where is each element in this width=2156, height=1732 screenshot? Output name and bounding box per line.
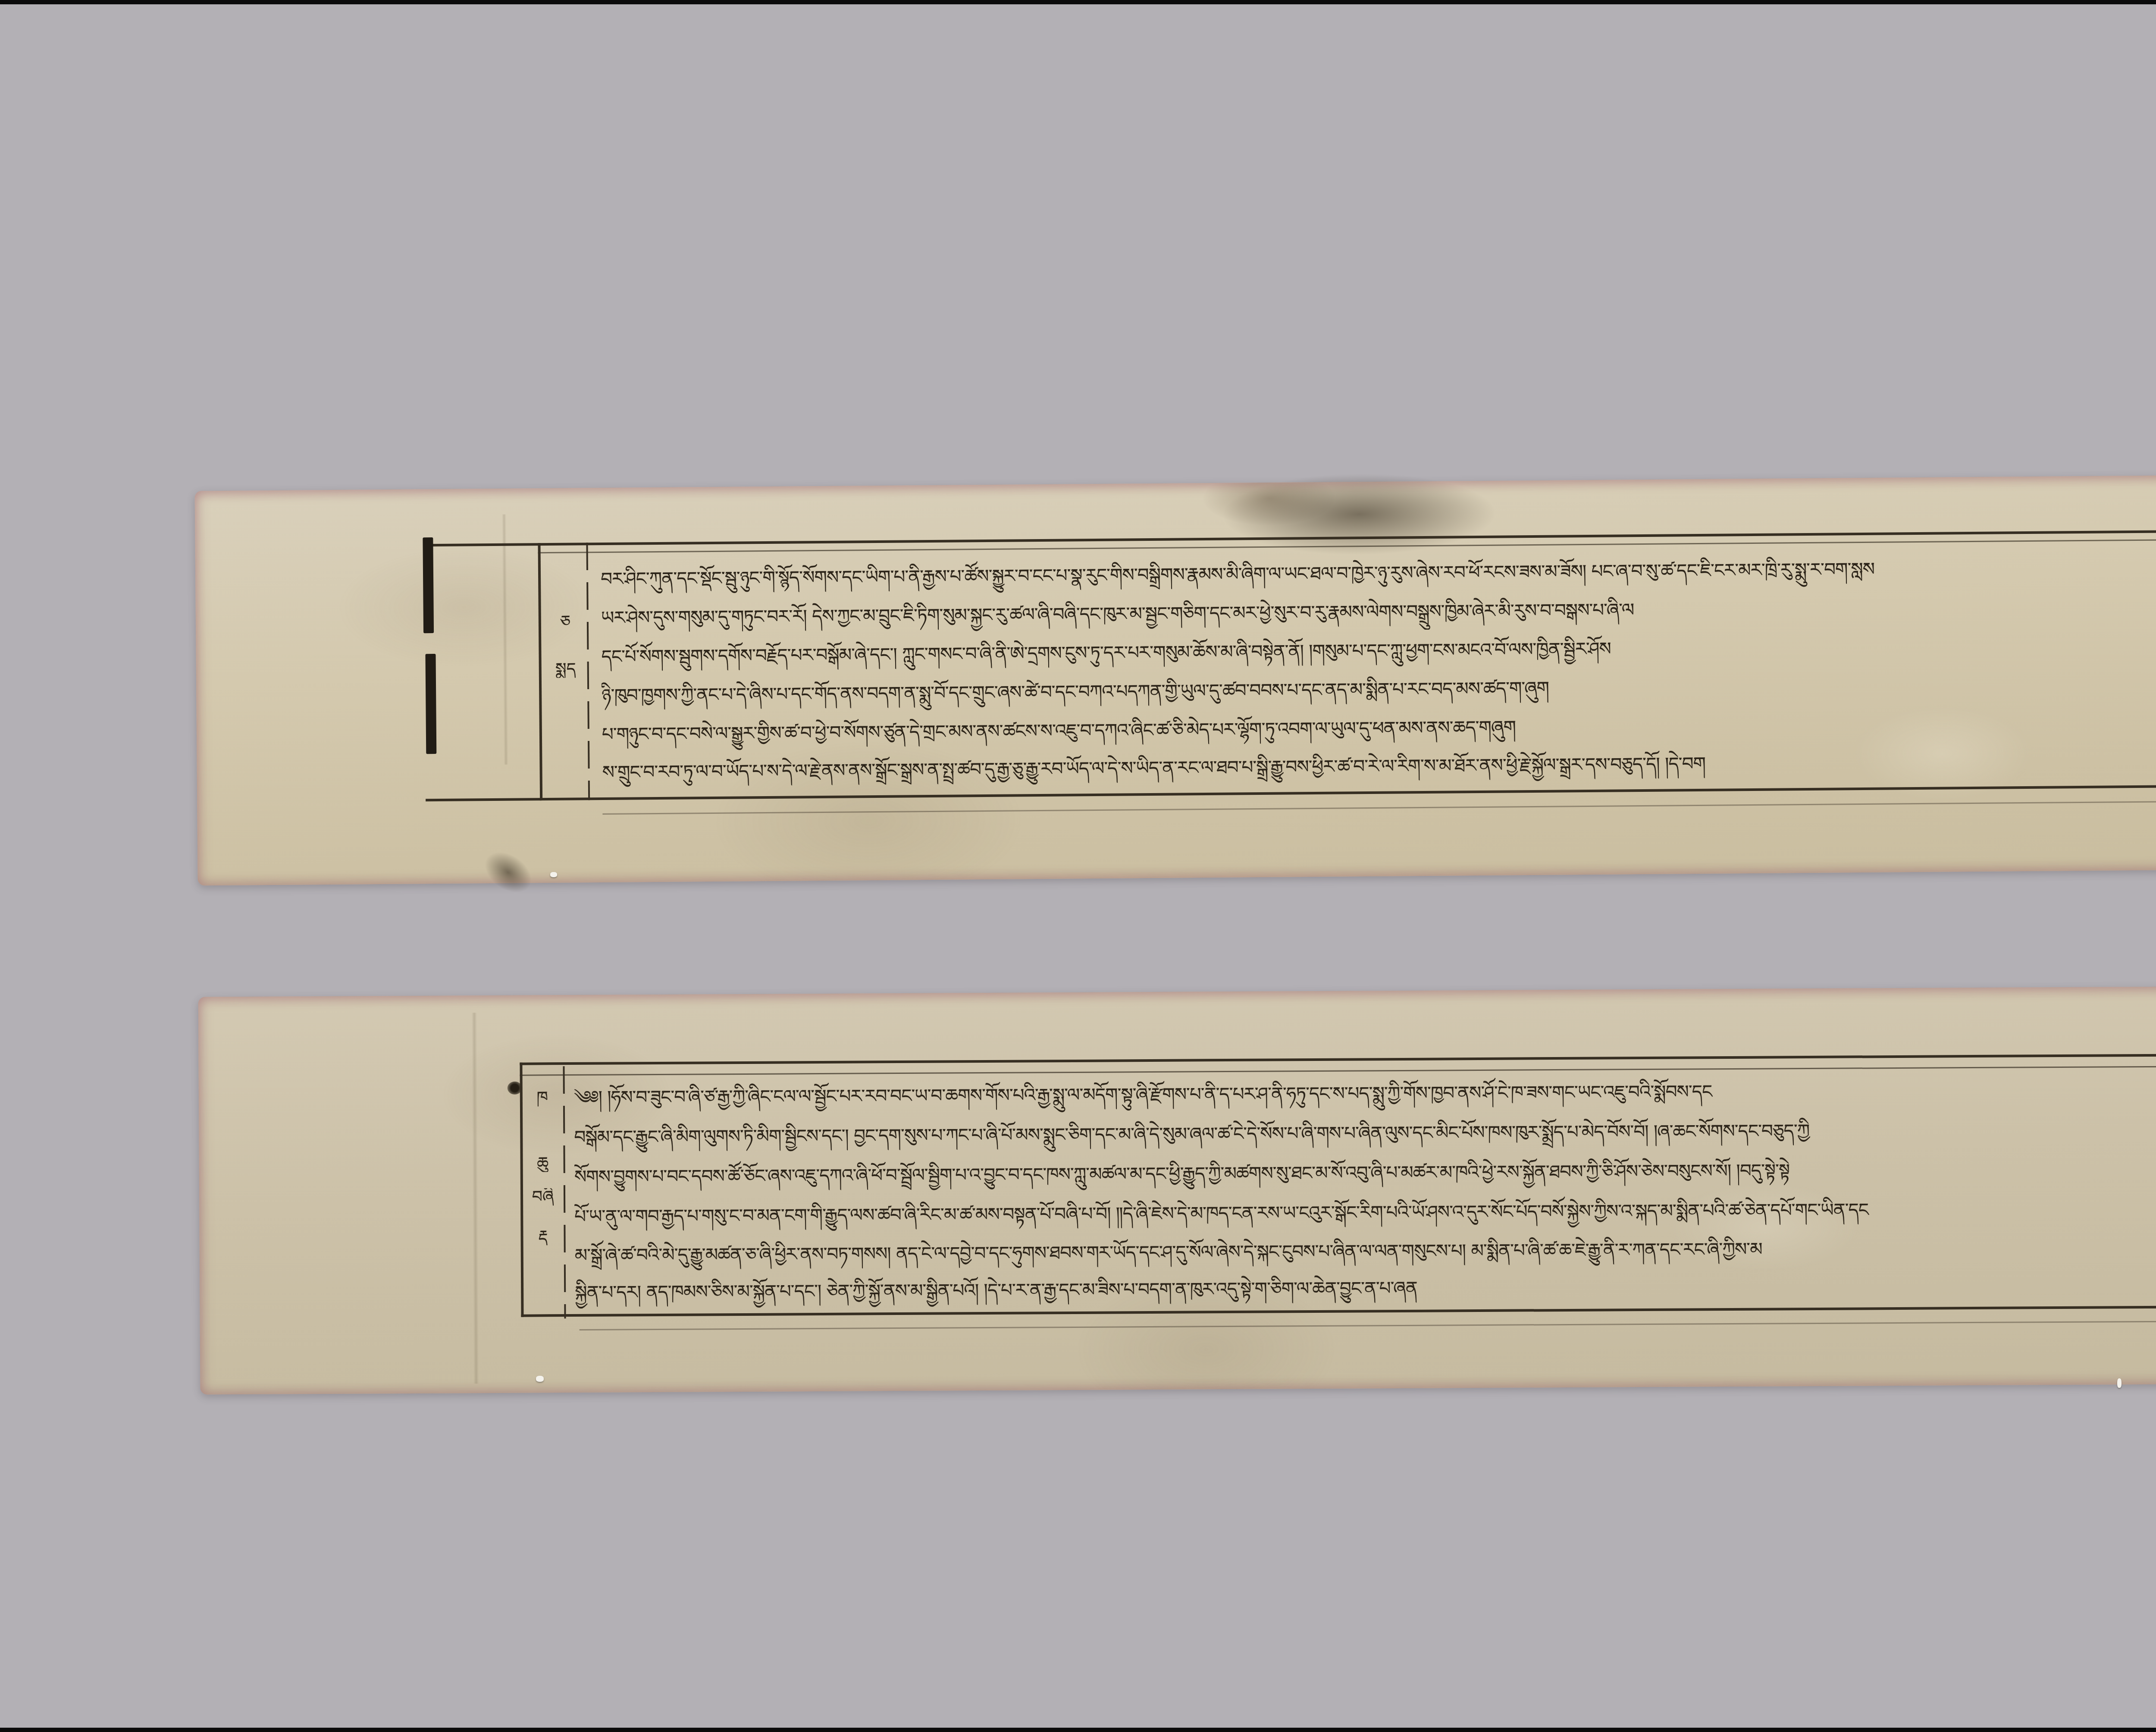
frame-left-line-inner xyxy=(586,543,590,800)
frame-top-line xyxy=(423,529,2156,546)
text-line: མ་སྒྲོ་ཞེ་ཚ་བའི་མེ་དུ་རྒྱུ་མཚན་ཅ་ཞི་ཕྱིར… xyxy=(575,1228,2156,1274)
text-line-with-head-mark: ༄༅། །ཧོས་བ་ཟུང་བ་ཞི་ཙ་རྒྱ་ཀྱི་ཞིང་ངལ་ལ་ས… xyxy=(574,1070,2156,1116)
white-speck xyxy=(550,872,557,877)
photo-background: ཅ སྨད བར་ཤིང་ཀུན་དང་སྡོང་སྦུ་ཉུང་གི་སྙོད… xyxy=(0,0,2156,1732)
margin-annotation: སྨད xyxy=(546,660,585,678)
lower-folio: ཁ ཆུ བཞི རྡ ༄༅། །ཧོས་བ་ཟུང་བ་ཞི་ཙ་རྒྱ་ཀྱ… xyxy=(198,985,2156,1394)
paper-crease xyxy=(502,515,508,765)
text-line: པོ་ཡ་ནུ་ལ་གབ་རྒྱད་པ་གསུ་ང་བ་མན་ངག་གི་རྒྱ… xyxy=(574,1189,2156,1235)
margin-heavy-bar xyxy=(425,654,436,754)
frame-bottom-line-faint xyxy=(580,1320,2156,1330)
frame-top-line xyxy=(520,1053,2156,1065)
white-speck xyxy=(536,1376,544,1382)
scan-edge-top xyxy=(0,0,2156,4)
text-line: སོགས་བྱུགས་པ་བང་དབས་ཚོ་ཅོང་ཞས་འཇུ་དཀའ་ཞི… xyxy=(574,1150,2156,1195)
margin-heavy-bar xyxy=(423,537,434,633)
white-speck xyxy=(2117,1378,2122,1388)
ink-smudge xyxy=(1221,472,1497,556)
ink-smudge xyxy=(477,844,539,901)
frame-left-line xyxy=(538,543,542,800)
margin-annotation: ཁ xyxy=(523,1089,562,1106)
margin-annotation: བཞི xyxy=(523,1188,562,1205)
upper-folio: ཅ སྨད བར་ཤིང་ཀུན་དང་སྡོང་སྦུ་ཉུང་གི་སྙོད… xyxy=(194,474,2156,886)
text-line: བསྒོམ་དང་རྒྱུང་ཞི་མིག་ལུགས་ཏི་མིག་སྦྱིངས… xyxy=(574,1110,2156,1155)
frame-left-line-inner xyxy=(563,1066,566,1318)
margin-annotation: རྡ xyxy=(523,1228,562,1245)
frame-bottom-line-faint xyxy=(602,800,2156,815)
margin-annotation: ཆུ xyxy=(523,1155,562,1172)
paper-crease xyxy=(472,1013,479,1384)
margin-annotation: ཅ xyxy=(546,613,585,631)
scan-edge-bottom xyxy=(0,1728,2156,1732)
